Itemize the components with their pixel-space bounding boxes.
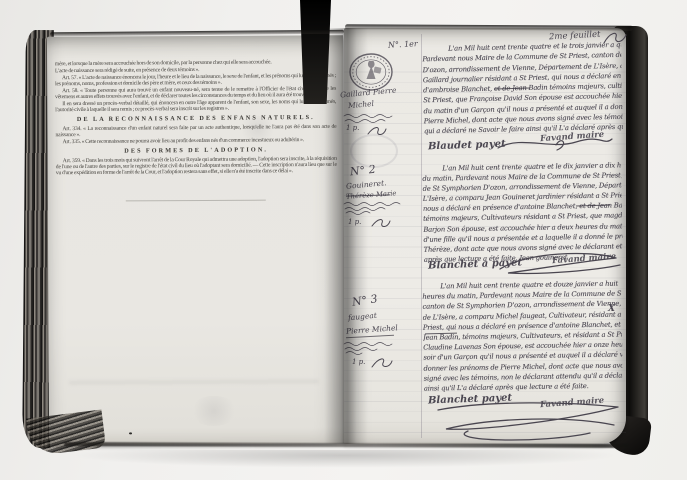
bookmark-ribbon <box>300 0 331 104</box>
book-cast-shadow <box>70 450 620 468</box>
scanned-register-photo: mère, et lorsque la mère sera accouchée … <box>0 0 687 480</box>
article-359: Art. 359. « Dans les trois mois qui suiv… <box>56 156 337 176</box>
article-58-suite: Il en sera dressé un procès-verbal détai… <box>55 99 336 113</box>
register-entry-3: L'an Mil huit cent trente quatre et douz… <box>422 278 623 393</box>
section-heading-adoption: DES FORMES DE L'ADOPTION. <box>56 147 337 155</box>
article-335: Art. 335. « Cette reconnaissance ne pour… <box>56 137 337 145</box>
article-58: Art. 58. « Toute personne qui aura trouv… <box>55 86 336 100</box>
entry1-number: N°. 1er <box>388 39 418 50</box>
register-entry-2: L'an Mil huit cent trente quatre et le d… <box>422 160 623 264</box>
ink-spot <box>129 432 132 434</box>
section-heading-reconnaissance: DE LA RECONNAISSANCE DES ENFANS NATURELS… <box>55 115 336 123</box>
margin-paraph <box>370 355 394 371</box>
printed-divider-rule <box>126 200 266 202</box>
article-334: Art. 334. « La reconnaissance d'un enfan… <box>55 124 336 138</box>
paper-stain <box>237 116 277 142</box>
book-gutter-shadow <box>324 28 368 444</box>
book-bottom-edge <box>64 442 630 448</box>
margin-x-mark: X <box>608 304 615 314</box>
right-page: 2me feuillet N°. 1er Gaillard Pierre Mic… <box>344 28 626 444</box>
printed-legal-text-column: mère, et lorsque la mère sera accouchée … <box>55 59 337 177</box>
margin-rule <box>421 34 422 438</box>
paper-stain <box>189 396 239 426</box>
article-57: Art. 57. « L'acte de naissance énoncera … <box>55 73 336 87</box>
bleed-through-text <box>69 379 319 384</box>
margin-paraph <box>370 216 392 230</box>
left-page: mère, et lorsque la mère sera accouchée … <box>47 35 345 445</box>
